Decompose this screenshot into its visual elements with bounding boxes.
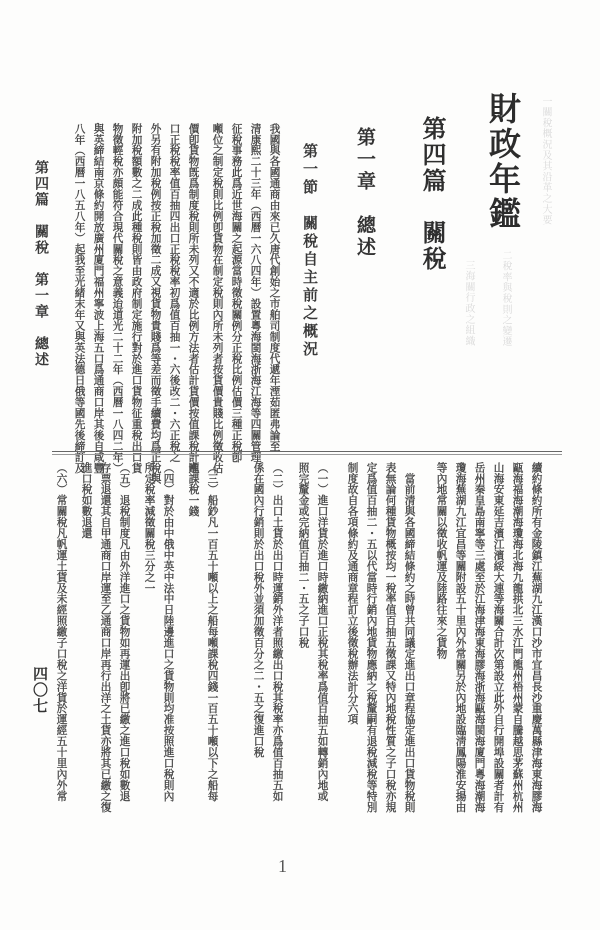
body-column: 甌海福海潮海瓊海北海九龍拱北三水江門龍州梧州蒙自騰越思茅蘇州杭州 [512, 462, 523, 812]
part-title: 第四篇 關稅 [420, 116, 444, 272]
body-column: 征稅事務此爲近世海關之起源當時徵稅關例分正稅比例估價三種正稅卽 [231, 123, 242, 462]
body-column: （四）對於由中俄中英中法中日陸邊進口之貨物則均准按照進口稅則內 [163, 462, 174, 801]
body-column: 口正稅稅率值百抽四出口正稅稅率初爲值百抽一・六後改二・六正稅之 [169, 123, 180, 462]
body-column: 清康熙二十三年（西曆一六八四年）設置粵海閩海浙海江海等四關管理 [250, 123, 261, 462]
body-column: （二）出口土貨於出口時運銷外洋者照繳出口稅其稅率亦爲值百抽五如 [272, 462, 283, 801]
chapter-title: 第一章 總述 [355, 127, 374, 259]
footer-page-number: 1 [278, 856, 287, 877]
bleedthrough-text: 二稅率與稅則之變遷 [500, 250, 510, 347]
body-column: 外另有附加稅例按正稅加徵二成又視貨物貴賤爲等差而徵手續費均爲正稅與 [150, 123, 161, 484]
body-column: 制度故自各項條約及通商章程訂立後徵稅辦法計分六項 [347, 462, 358, 725]
body-column: 照完釐金或完納值百抽二・五之子口稅 [298, 462, 309, 648]
body-column: （五）退稅制度凡由外洋進口之貨物如再運出卽將已繳之進口稅如數退 [119, 462, 130, 801]
page-number-chinese: 四〇七 [32, 666, 47, 714]
bleedthrough-text: 一關稅概況及其沿革之大要 [540, 96, 550, 226]
body-column: （一）進口洋貨於進口時繳納進口正稅其稅率爲值百抽五如轉銷內地或 [317, 462, 328, 801]
body-column: 所定稅率減徵關稅三分之一 [144, 462, 155, 593]
body-column: 等內地常關以徵收帆運及陸路往來之貨物 [436, 462, 447, 659]
document-page: 一關稅概況及其沿革之大要 二稅率與稅則之變遷 三海關行政之組織 財政年鑑 第四篇… [0, 0, 600, 930]
body-column: 續約條約所有金陵鎮江蕪湖九江漢口沙市宜昌長沙重慶萬縣津海東海膠海 [531, 462, 542, 812]
body-column: 存票退還其自甲通商口岸運至乙通商口岸再行出洋之土貨亦將其已繳之復 [100, 462, 111, 812]
body-column: 當前清與各國締結條約之時曾共同議定進出口章程協定進出口貨物稅則 [404, 462, 415, 812]
body-column: 噸課稅一錢 [188, 462, 199, 517]
body-column: 係在國內行銷則於出口稅外並須加徵百分之二・五之復進口稅 [253, 462, 264, 758]
body-column: 表無論何種貨物概按均一稅率值百抽五徵課又特內地稅性質之子口稅亦規 [385, 462, 396, 812]
body-column: 價卽貨物旣爲制度稅則所未列又不適於比例方法者估計貨價按值課稅計進 [188, 123, 199, 473]
body-column: 瓊海蕪湖九江宜昌等關附設五十里內外常關另於內地設臨淸鳳陽淮安揚由 [455, 462, 466, 812]
body-column: 山海安東延吉濱江濱綏大連等海關合計次第設立此外自行開埠設關者計有 [493, 462, 504, 812]
body-column: （三）船鈔凡一百五十噸以上之船每噸課稅四錢一百五十噸以下之船每 [207, 462, 218, 801]
section-title: 第一節 關稅自主前之概況 [302, 143, 317, 359]
body-column: 進口稅如數退還 [81, 462, 92, 539]
book-title: 財政年鑑 [487, 92, 519, 232]
running-head: 第四篇 關稅 第一章 總述 [34, 160, 48, 368]
body-column: 岳州秦皇島南寧等三處至於江海津海東海膠海浙海甌海閩海廈門粵海潮海 [474, 462, 485, 812]
body-column: 物徵輕稅亦頗能符合現代關稅之意義迨道光二十二年（西曆一八四二年） [112, 123, 123, 473]
body-column: 與英締結南京條約開放廣州廈門福州寧波上海五口爲通商口岸其後自咸豐 [93, 123, 104, 473]
body-column: （六）常關稅凡帆運土貨及未經照繳子口稅之洋貨於運經五十里內外常 [56, 462, 67, 801]
bleedthrough-text: 三海關行政之組織 [463, 260, 473, 346]
section-divider-secondary [52, 454, 562, 455]
section-divider [52, 451, 562, 452]
body-column: 定爲值百抽二・五以代當時行銷內地貨物應納之稅釐嗣有退稅減稅等特別 [366, 462, 377, 812]
body-column: 附加稅額數之二成此種稅則皆由政府制定施行對於進口貨物征重稅出口貨 [131, 123, 142, 473]
body-column: 我國與各國通商由來已久唐代創始之市舶司制度代遞年湮茹匿弗論至 [269, 123, 280, 452]
body-column: 八年（西曆一八五八年）起我至光緒末年又與英法德日俄等國先後締訂及 [74, 123, 85, 473]
body-column: 噸位之制定稅則比例卽貨物在制定稅則內所未列者按貨價貴賤比例徵收估 [212, 123, 223, 473]
